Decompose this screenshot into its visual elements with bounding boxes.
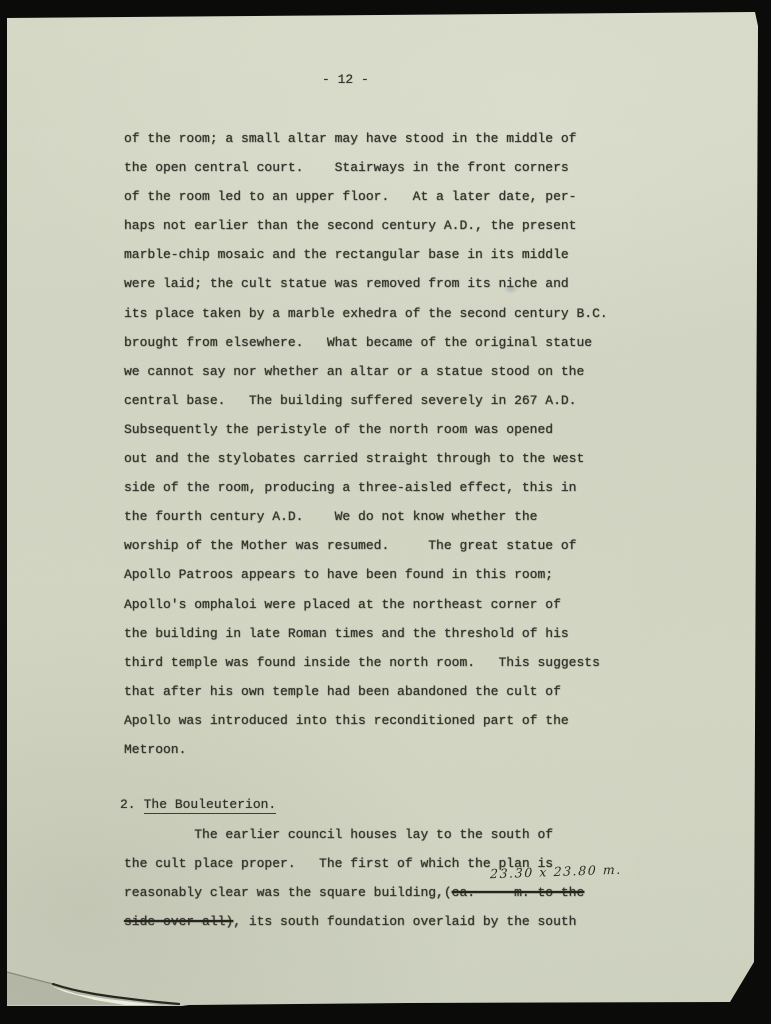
typewritten-line: that after his own temple had been aband… bbox=[124, 677, 608, 706]
typewritten-line: were laid; the cult statue was removed f… bbox=[124, 269, 608, 298]
typewritten-line: side over all), its south foundation ove… bbox=[124, 907, 584, 936]
typewritten-line: its place taken by a marble exhedra of t… bbox=[124, 299, 608, 328]
typewritten-line: Apollo Patroos appears to have been foun… bbox=[124, 560, 608, 589]
typewritten-line: brought from elsewhere. What became of t… bbox=[124, 328, 608, 357]
typewritten-line: central base. The building suffered seve… bbox=[124, 386, 608, 415]
typewritten-line: worship of the Mother was resumed. The g… bbox=[124, 531, 608, 560]
typewritten-line: out and the stylobates carried straight … bbox=[124, 444, 608, 473]
struck-text: ca. m. to the bbox=[452, 885, 585, 900]
handwritten-annotation: 23.30 x 23.80 m. bbox=[490, 863, 622, 882]
typewritten-line: third temple was found inside the north … bbox=[124, 648, 608, 677]
typewritten-line: the building in late Roman times and the… bbox=[124, 619, 608, 648]
typewritten-line: Apollo's omphaloi were placed at the nor… bbox=[124, 590, 608, 619]
typewritten-line: the fourth century A.D. We do not know w… bbox=[124, 502, 608, 531]
section-heading: 2.The Bouleuterion. bbox=[120, 790, 276, 819]
line-text: reasonably clear was the square building… bbox=[124, 885, 452, 900]
typewritten-line: marble-chip mosaic and the rectangular b… bbox=[124, 240, 608, 269]
typewritten-line: side of the room, producing a three-aisl… bbox=[124, 473, 608, 502]
section-number: 2. bbox=[120, 797, 136, 812]
typewritten-line: Metroon. bbox=[124, 735, 608, 764]
typewritten-line: Apollo was introduced into this recondit… bbox=[124, 706, 608, 735]
typewritten-line: Subsequently the peristyle of the north … bbox=[124, 415, 608, 444]
typewritten-line: we cannot say nor whether an altar or a … bbox=[124, 357, 608, 386]
typewritten-line: of the room led to an upper floor. At a … bbox=[124, 182, 608, 211]
section-title: The Bouleuterion. bbox=[144, 797, 277, 814]
typewritten-line: the open central court. Stairways in the… bbox=[124, 153, 608, 182]
torn-corner bbox=[7, 944, 267, 1006]
typewritten-line: of the room; a small altar may have stoo… bbox=[124, 124, 608, 153]
paragraph-continuation: of the room; a small altar may have stoo… bbox=[124, 124, 608, 764]
typewritten-line: The earlier council houses lay to the so… bbox=[124, 820, 584, 849]
document-page: - 12 - of the room; a small altar may ha… bbox=[7, 12, 758, 1006]
typewritten-line: haps not earlier than the second century… bbox=[124, 211, 608, 240]
line-text: , its south foundation overlaid by the s… bbox=[233, 914, 576, 929]
photo-background: - 12 - of the room; a small altar may ha… bbox=[0, 0, 771, 1024]
ink-smudge bbox=[503, 284, 519, 294]
page-number: - 12 - bbox=[322, 72, 369, 88]
struck-text: side over all) bbox=[124, 914, 233, 929]
typewritten-line: reasonably clear was the square building… bbox=[124, 878, 584, 907]
